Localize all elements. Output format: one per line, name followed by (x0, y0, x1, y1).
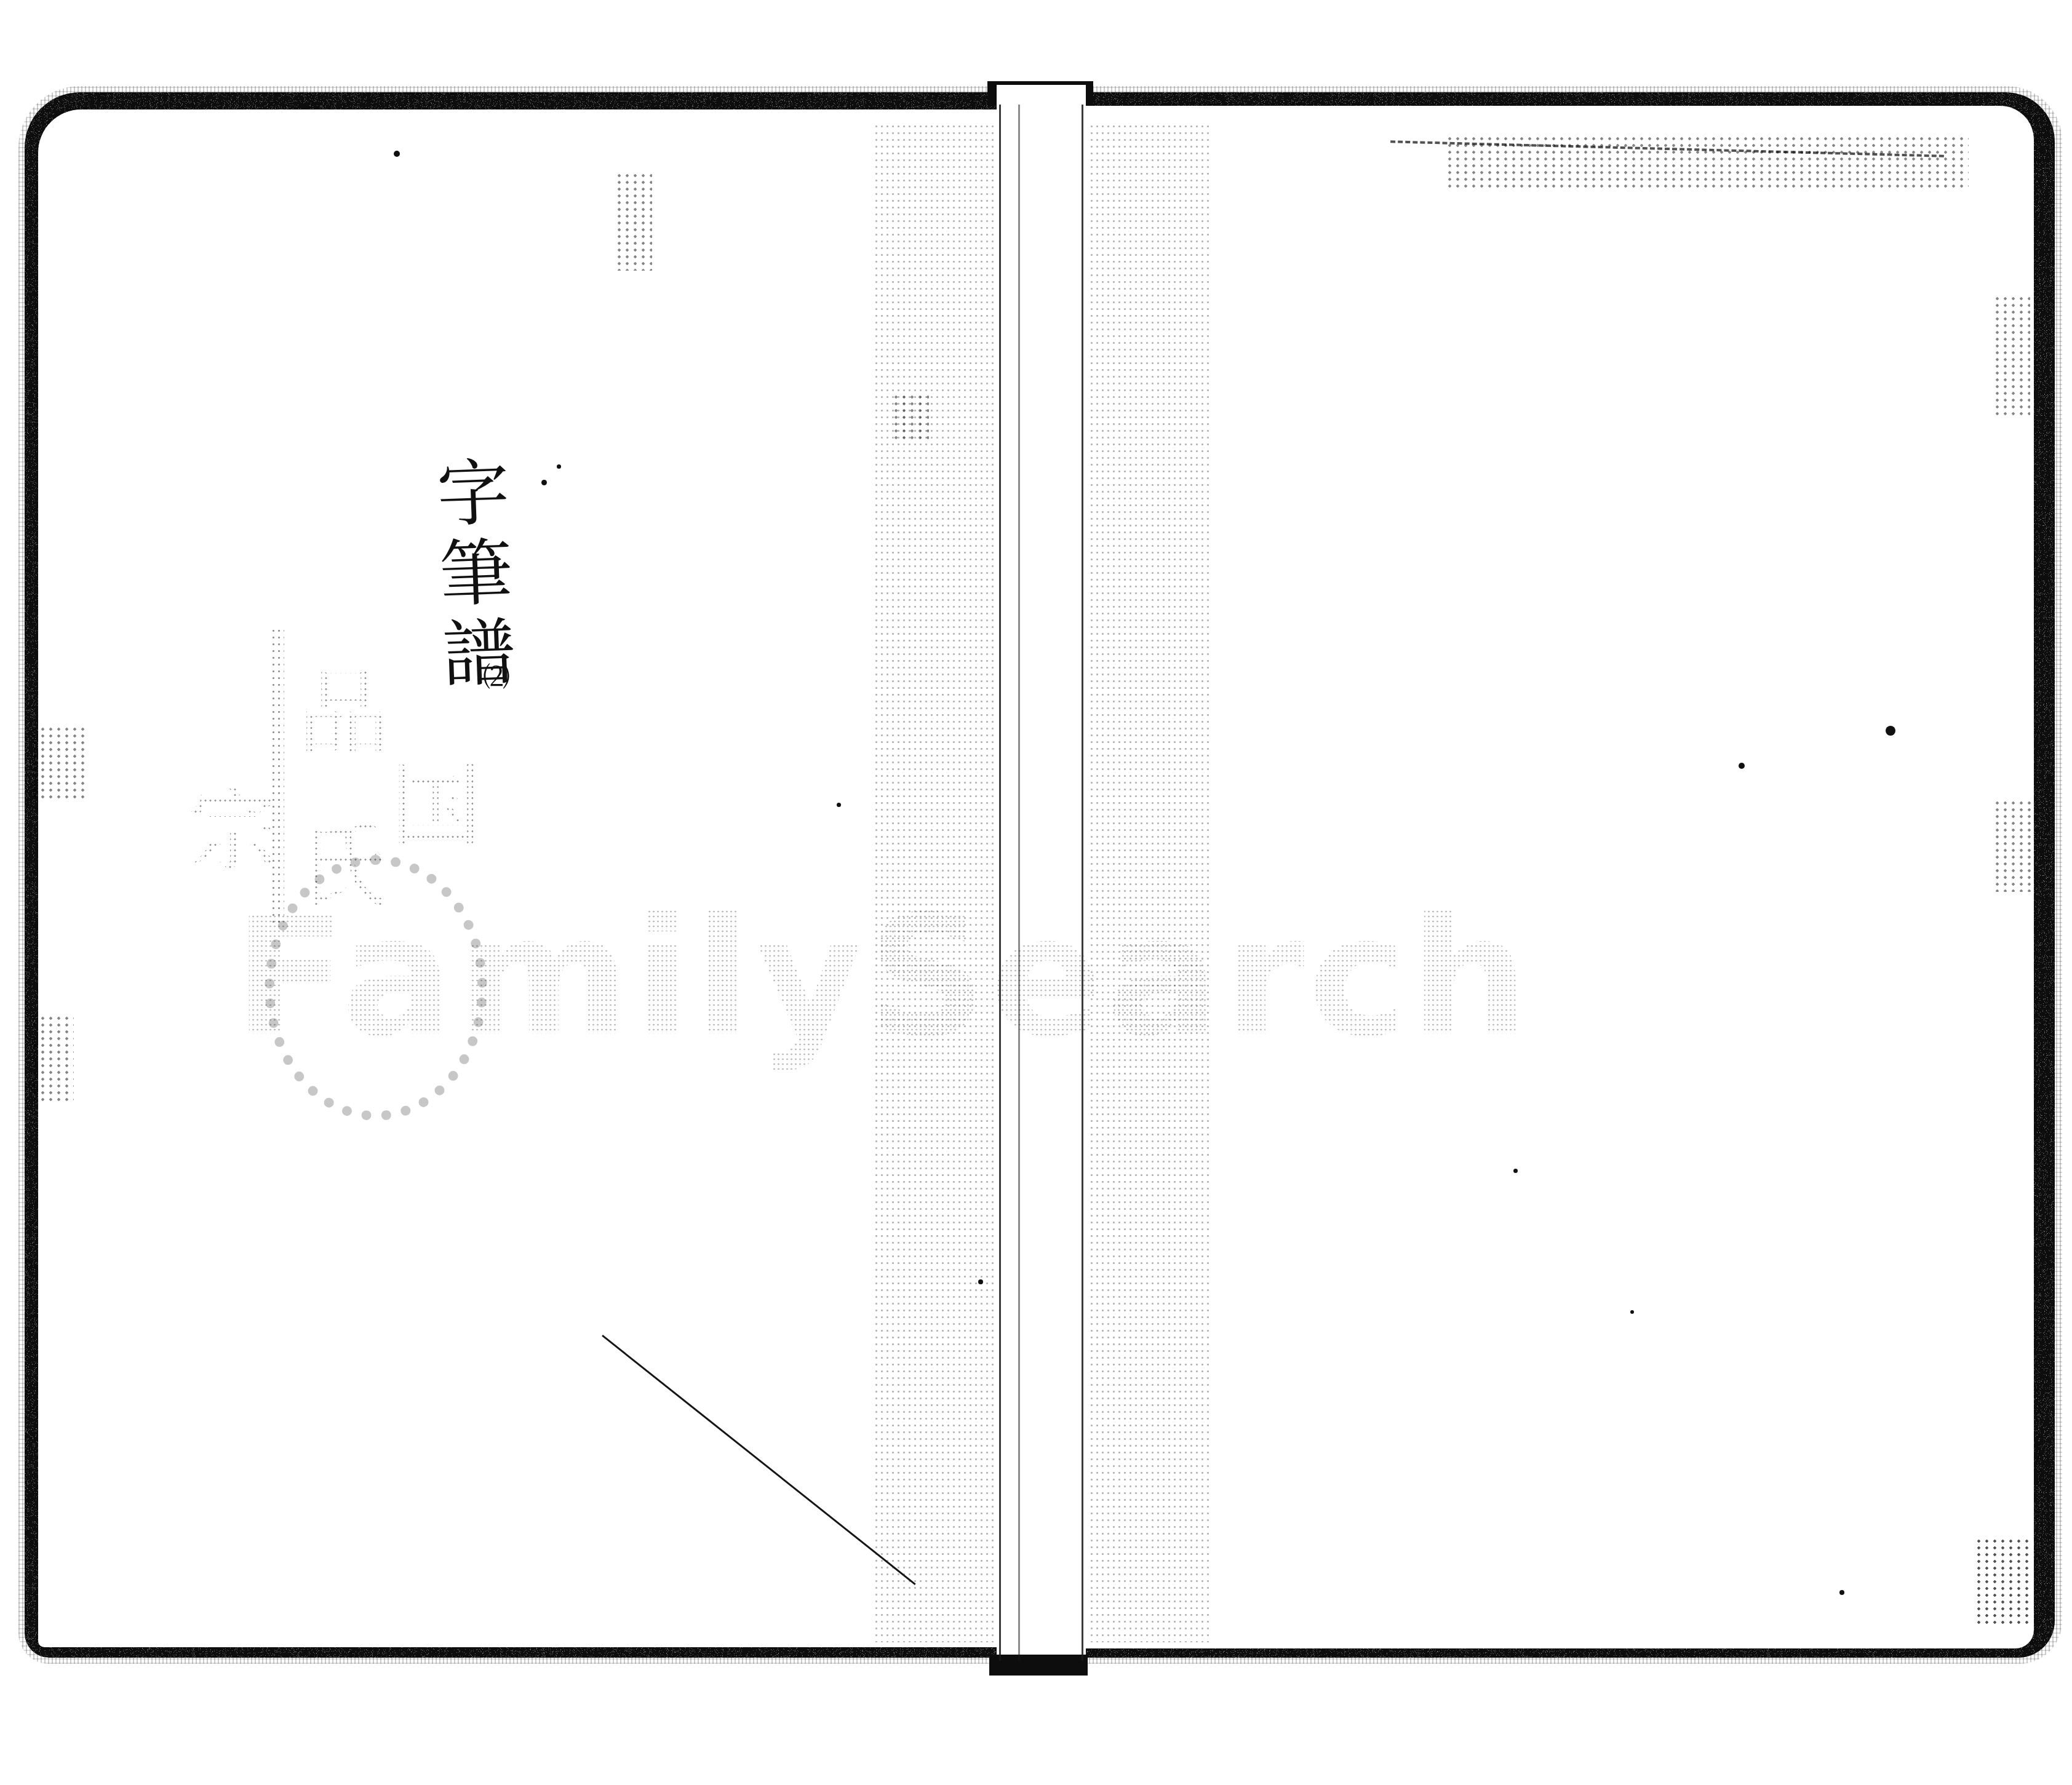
speck (1886, 726, 1895, 736)
spine-bottom-cap (989, 1655, 1088, 1676)
speck (541, 480, 547, 485)
left-edge-grime (31, 726, 86, 800)
speck (1630, 1310, 1634, 1314)
left-page (38, 109, 998, 1647)
top-right-grime (1446, 135, 1969, 191)
speck (837, 803, 841, 807)
watermark: FamilySearch (234, 880, 1532, 1073)
ink-smudge (892, 394, 929, 443)
right-edge-grime (1993, 800, 2036, 892)
bleed-through-rule-line (271, 627, 284, 923)
ink-smudge (615, 172, 652, 271)
bleed-through-character: 国 (381, 757, 474, 849)
speck (1739, 763, 1745, 769)
speck (978, 1279, 983, 1284)
bottom-right-stain (1975, 1538, 2030, 1624)
title-trailing-mark: ⑵ (483, 655, 510, 694)
speck (557, 464, 561, 469)
speck (1839, 1590, 1844, 1595)
scanned-book-image: 品 氏 国 宗 字筆譜 ⑵ FamilySearch (0, 0, 2072, 1785)
speck (394, 151, 400, 157)
bleed-through-character: 品 (289, 664, 381, 757)
speck (1513, 1169, 1518, 1173)
right-page (1083, 106, 2034, 1648)
left-edge-grime (31, 1015, 74, 1101)
bleed-through-character: 宗 (178, 781, 271, 873)
right-edge-grime (1993, 295, 2030, 418)
